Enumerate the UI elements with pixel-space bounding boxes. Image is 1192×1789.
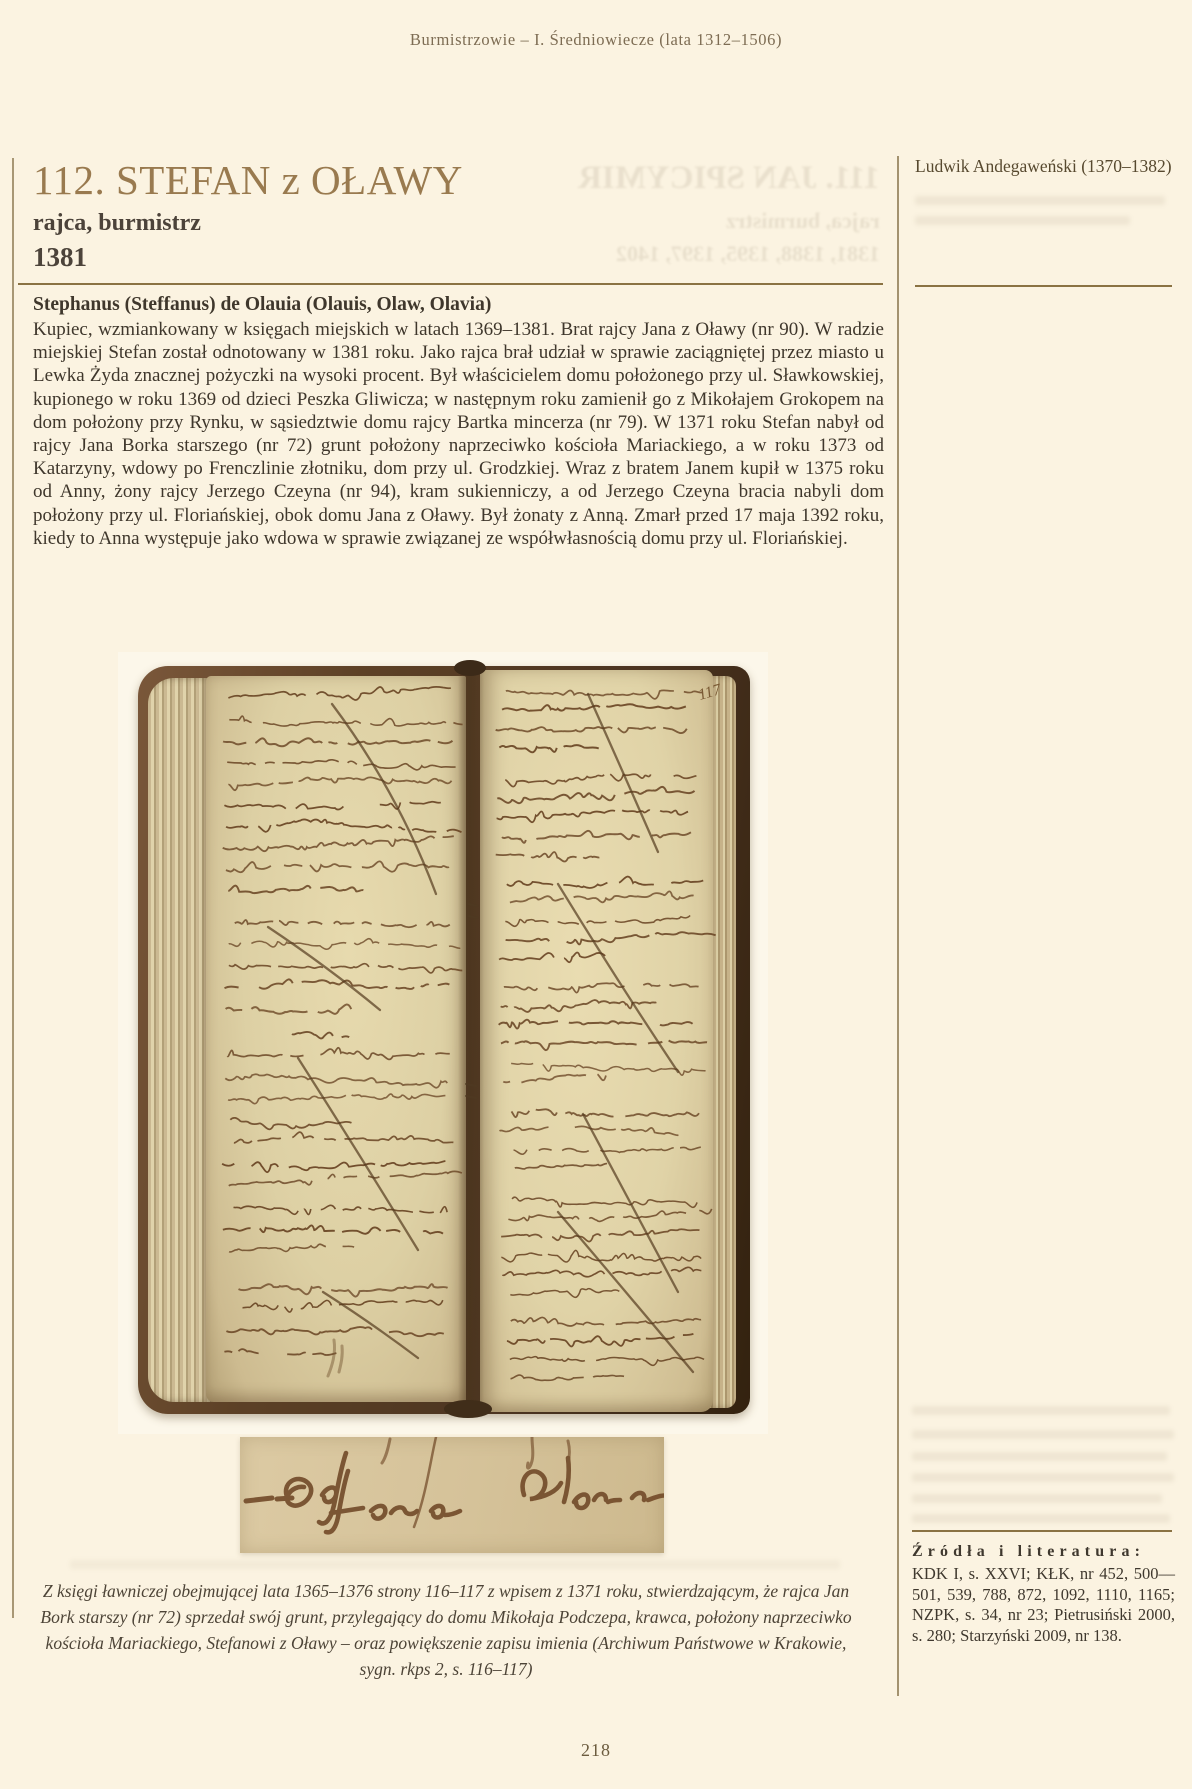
- showthrough-artifact: [70, 1560, 840, 1569]
- showthrough-artifact: [912, 1406, 1170, 1415]
- showthrough-years: 1381, 1388, 1395, 1397, 1402: [616, 241, 880, 267]
- showthrough-artifact: [912, 1430, 1174, 1439]
- showthrough-artifact: [912, 1514, 1170, 1523]
- showthrough-entry-title: 111. JAN SPICYMIR: [578, 160, 880, 197]
- page-number: 218: [0, 1740, 1192, 1761]
- sources-text: KDK I, s. XXVI; KŁK, nr 452, 500––501, 5…: [912, 1564, 1175, 1646]
- title-rule: [18, 283, 883, 285]
- showthrough-roles: rajca, burmistrz: [726, 208, 880, 234]
- biography-block: Stephanus (Steffanus) de Olauia (Olauis,…: [33, 293, 884, 550]
- entry-roles: rajca, burmistrz: [33, 210, 201, 237]
- manuscript-right-page: [480, 670, 713, 1412]
- sources-block: Źródła i literatura: KDK I, s. XXVI; KŁK…: [912, 1543, 1175, 1646]
- showthrough-artifact: [912, 1473, 1174, 1482]
- column-divider-rule: [897, 156, 899, 1696]
- manuscript-photo: 117: [118, 652, 768, 1434]
- entry-years: 1381: [33, 242, 87, 273]
- left-margin-rule: [12, 158, 14, 1618]
- ruler-rule: [915, 285, 1172, 287]
- signature-svg: [240, 1437, 664, 1553]
- showthrough-artifact: [915, 196, 1165, 205]
- entry-number-title: 112. STEFAN z OŁAWY: [33, 156, 463, 204]
- figure-caption: Z księgi ławniczej obejmującej lata 1365…: [34, 1578, 858, 1682]
- showthrough-artifact: [915, 216, 1130, 225]
- showthrough-artifact: [912, 1494, 1162, 1503]
- ruler-name: Ludwik Andegaweński (1370–1382): [915, 156, 1177, 177]
- manuscript-left-page: [206, 676, 466, 1402]
- book-page: Burmistrzowie – I. Średniowiecze (lata 1…: [0, 0, 1192, 1789]
- name-variants: Stephanus (Steffanus) de Olauia (Olauis,…: [33, 293, 884, 316]
- sources-heading: Źródła i literatura:: [912, 1543, 1175, 1561]
- biography-paragraph: Kupiec, wzmiankowany w księgach miejskic…: [33, 318, 884, 550]
- running-head: Burmistrzowie – I. Średniowiecze (lata 1…: [0, 30, 1192, 50]
- signature-photo: [240, 1437, 664, 1553]
- sources-rule: [912, 1530, 1172, 1532]
- book-gutter: [458, 670, 484, 1410]
- book-page-edges-left: [148, 678, 212, 1402]
- showthrough-artifact: [912, 1452, 1167, 1461]
